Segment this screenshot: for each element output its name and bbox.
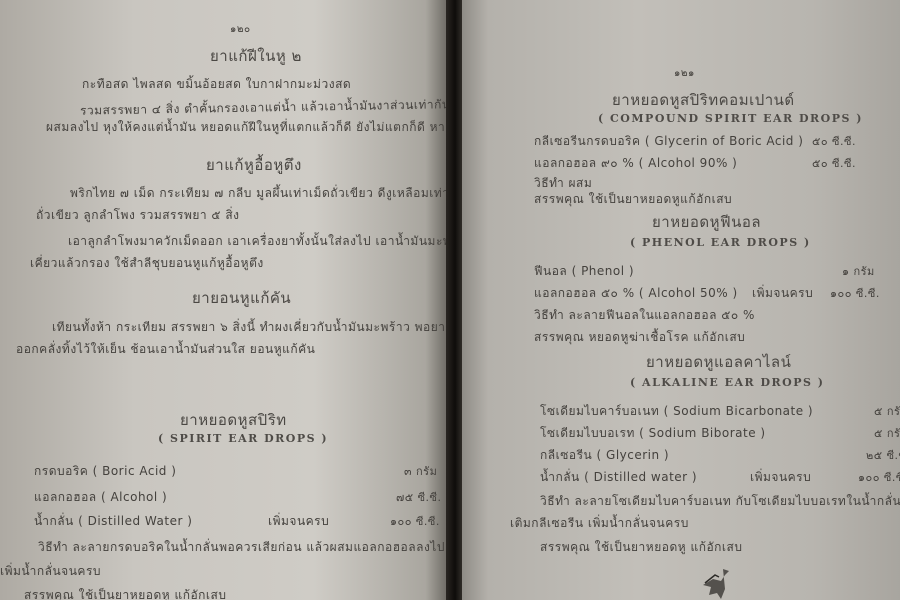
ingredient-name: กลีเซอรีนกรดบอริค ( Glycerin of Boric Ac… [534, 132, 803, 151]
method-text: วิธีทำ ละลายโซเดียมไบคาร์บอเนท กับโซเดีย… [540, 492, 900, 511]
text-line: เทียนทั้งห้า กระเทียม สรรพยา ๖ สิ่งนี้ ท… [52, 318, 446, 337]
ingredient-name: ฟีนอล ( Phenol ) [534, 262, 634, 281]
ingredient-note: เพิ่มจนครบ [750, 468, 811, 487]
ingredient-amount: ๒๕ ซี.ซี. [866, 446, 900, 464]
ingredient-amount: ๑๐๐ ซี.ซี. [858, 468, 900, 486]
text-line: เอาลูกลำโพงมาควักเม็ดออก เอาเครื่องยาทั้… [68, 232, 448, 251]
ingredient-name: โซเดียมไบบอเรท ( Sodium Biborate ) [540, 424, 766, 443]
ingredient-name: น้ำกลั่น ( Distilled water ) [540, 468, 697, 487]
section-title: ยาแก้ฝีในหู ๒ [210, 44, 302, 68]
ingredient-amount: ๕ กรัม [874, 424, 900, 442]
ingredient-name: โซเดียมไบคาร์บอเนท ( Sodium Bicarbonate … [540, 402, 813, 421]
ingredient-amount: ๗๕ ซี.ซี. [396, 488, 442, 506]
benefit-text: สรรพคุณ หยอดหูฆ่าเชื้อโรค แก้อักเสบ [534, 328, 745, 347]
text-line: ผสมลงไป หุงให้คงแต่น้ำมัน หยอดแก้ฝีในหูท… [46, 118, 448, 137]
section-title: ยาแก้หูอื้อหูตึง [206, 153, 302, 177]
text-line: ถั่วเขียว ลูกลำโพง รวมสรรพยา ๕ สิ่ง [36, 206, 240, 225]
section-subtitle: ( SPIRIT EAR DROPS ) [158, 432, 328, 445]
section-title: ยาหยอดหูฟีนอล [652, 210, 761, 234]
text-line: พริกไทย ๗ เม็ด กระเทียม ๗ กลีบ มูลผึ้นเท… [70, 184, 448, 203]
ingredient-note: เพิ่มจนครบ [268, 512, 329, 531]
text-line: เคี่ยวแล้วกรอง ใช้สำลีชุบยอนหูแก้หูอื้อห… [30, 254, 264, 273]
left-page: ๑๒๐ ยาแก้ฝีในหู ๒ กะทือสด ไพลสด ขมิ้นอ้อ… [0, 0, 448, 600]
benefit-text: สรรพคุณ ใช้เป็นยาหยอดหู แก้อักเสบ [540, 538, 742, 557]
section-subtitle: ( COMPOUND SPIRIT EAR DROPS ) [598, 112, 863, 125]
text-line: รวมสรรพยา ๔ สิ่ง ตำคั้นกรองเอาแต่น้ำ แล้… [80, 94, 448, 120]
benefit-text: สรรพคุณ ใช้เป็นยาหยอดหู แก้อักเสบ [24, 586, 226, 600]
section-title: ยาหยอดหูแอลคาไลน์ [646, 350, 791, 374]
method-text: วิธีทำ ละลายฟีนอลในแอลกอฮอล ๕๐ % [534, 306, 755, 325]
section-title: ยาหยอดหูสปิริทคอมเปานด์ [612, 88, 795, 112]
text-line: ออกคลั่งทิ้งไว้ให้เย็น ช้อนเอาน้ำมันส่วน… [16, 340, 315, 359]
bird-ornament-icon [695, 565, 735, 600]
benefit-text: สรรพคุณ ใช้เป็นยาหยอดหูแก้อักเสบ [534, 190, 732, 209]
method-text: วิธีทำ ละลายกรดบอริคในน้ำกลั่นพอควรเสียก… [38, 538, 445, 557]
ingredient-name: แอลกอฮอล ๕๐ % ( Alcohol 50% ) [534, 284, 738, 303]
section-subtitle: ( PHENOL EAR DROPS ) [630, 236, 811, 249]
ingredient-amount: ๕๐ ซี.ซี. [812, 132, 856, 150]
ingredient-name: น้ำกลั่น ( Distilled Water ) [34, 512, 192, 531]
ingredient-amount: ๓ กรัม [404, 462, 437, 480]
ingredient-name: แอลกอฮอล ๙๐ % ( Alcohol 90% ) [534, 154, 737, 173]
ingredient-amount: ๕ กรัม [874, 402, 900, 420]
section-title: ยาหยอดหูสปิริท [180, 408, 287, 432]
ingredient-name: กลีเซอรีน ( Glycerin ) [540, 446, 669, 465]
page-number: ๑๒๐ [230, 22, 251, 37]
section-title: ยายอนหูแก้คัน [192, 286, 291, 310]
ingredient-amount: ๑๐๐ ซี.ซี. [830, 284, 880, 302]
page-number: ๑๒๑ [674, 66, 695, 81]
section-subtitle: ( ALKALINE EAR DROPS ) [630, 376, 825, 389]
right-page: ๑๒๑ ยาหยอดหูสปิริทคอมเปานด์ ( COMPOUND S… [462, 0, 900, 600]
ingredient-amount: ๑ กรัม [842, 262, 875, 280]
method-text-cont: เพิ่มน้ำกลั่นจนครบ [0, 562, 101, 581]
ingredient-amount: ๑๐๐ ซี.ซี. [390, 512, 440, 530]
ingredient-name: แอลกอฮอล ( Alcohol ) [34, 488, 167, 507]
ingredient-name: กรดบอริค ( Boric Acid ) [34, 462, 176, 481]
method-text-cont: เติมกลีเซอรีน เพิ่มน้ำกลั่นจนครบ [510, 514, 689, 533]
ingredient-note: เพิ่มจนครบ [752, 284, 813, 303]
ingredient-amount: ๕๐ ซี.ซี. [812, 154, 856, 172]
text-line: กะทือสด ไพลสด ขมิ้นอ้อยสด ใบกาฝากมะม่วงส… [82, 75, 351, 94]
